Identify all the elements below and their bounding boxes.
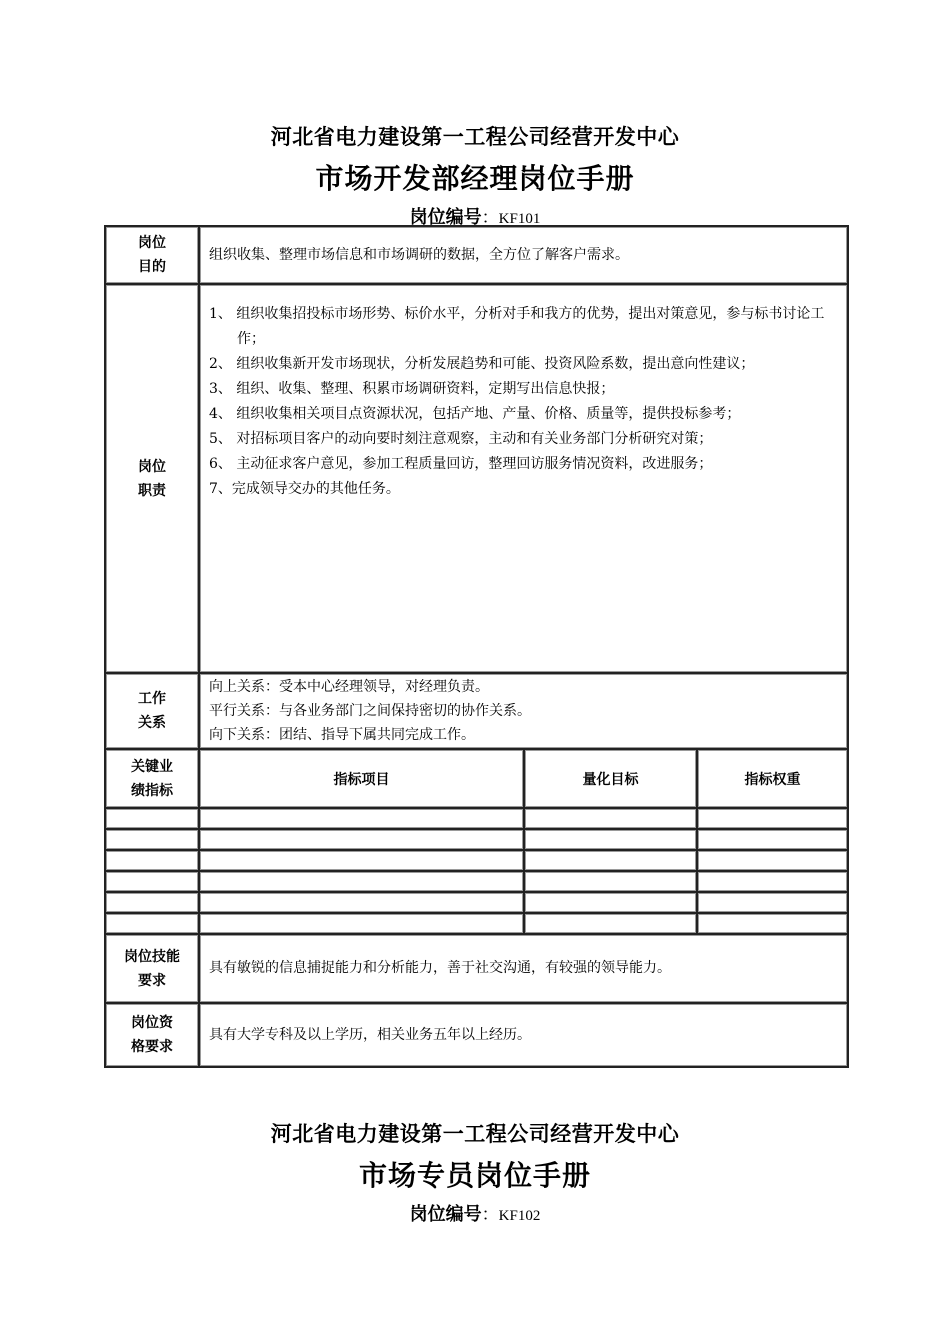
position-code: 岗位编号：KF102 — [0, 1200, 950, 1226]
kpi-row — [105, 850, 848, 871]
kpi-col-target: 量化目标 — [524, 749, 697, 808]
duty-item: 5、 对招标项目客户的动向要时刻注意观察，主动和有关业务部门分析研究对策； — [209, 427, 841, 452]
kpi-cell[interactable] — [697, 829, 848, 850]
label-line: 关系 — [106, 711, 198, 735]
duty-item: 4、 组织收集相关项目点资源状况，包括产地、产量、价格、质量等，提供投标参考； — [209, 402, 841, 427]
duties-list: 1、 组织收集招投标市场形势、标价水平，分析对手和我方的优势，提出对策意见，参与… — [209, 302, 847, 502]
position-code-value: KF102 — [499, 1208, 541, 1224]
kpi-header-row: 关键业 绩指标 指标项目 量化目标 指标权重 — [105, 749, 848, 808]
purpose-text: 组织收集、整理市场信息和市场调研的数据，全方位了解客户需求。 — [199, 226, 848, 284]
skills-label: 岗位技能 要求 — [105, 934, 199, 1003]
duties-label: 岗位 职责 — [105, 284, 199, 673]
kpi-cell[interactable] — [105, 913, 199, 934]
manual-title: 市场开发部经理岗位手册 — [0, 157, 950, 197]
kpi-row — [105, 829, 848, 850]
label-line: 绩指标 — [106, 779, 198, 803]
label-line: 岗位 — [106, 231, 198, 255]
kpi-cell[interactable] — [524, 913, 697, 934]
org-title: 河北省电力建设第一工程公司经营开发中心 — [0, 121, 950, 151]
label-line: 关键业 — [106, 755, 198, 779]
relations-row: 工作 关系 向上关系：受本中心经理领导，对经理负责。 平行关系：与各业务部门之间… — [105, 673, 848, 749]
label-line: 目的 — [106, 255, 198, 279]
section1-heading: 河北省电力建设第一工程公司经营开发中心 市场开发部经理岗位手册 岗位编号：KF1… — [0, 121, 950, 229]
purpose-row: 岗位 目的 组织收集、整理市场信息和市场调研的数据，全方位了解客户需求。 — [105, 226, 848, 284]
label-line: 岗位 — [106, 455, 198, 479]
kpi-cell[interactable] — [199, 871, 524, 892]
kpi-cell[interactable] — [199, 850, 524, 871]
kpi-cell[interactable] — [105, 829, 199, 850]
relation-upward: 向上关系：受本中心经理领导，对经理负责。 — [209, 675, 847, 699]
kpi-row — [105, 808, 848, 829]
kpi-cell[interactable] — [524, 871, 697, 892]
org-title: 河北省电力建设第一工程公司经营开发中心 — [0, 1118, 950, 1148]
label-line: 工作 — [106, 687, 198, 711]
kpi-row — [105, 913, 848, 934]
kpi-cell[interactable] — [105, 871, 199, 892]
kpi-col-indicator: 指标项目 — [199, 749, 524, 808]
kpi-cell[interactable] — [105, 850, 199, 871]
qualifications-row: 岗位资 格要求 具有大学专科及以上学历，相关业务五年以上经历。 — [105, 1003, 848, 1067]
position-code-separator: ： — [482, 1205, 499, 1225]
kpi-cell[interactable] — [105, 808, 199, 829]
kpi-cell[interactable] — [697, 871, 848, 892]
qualifications-text: 具有大学专科及以上学历，相关业务五年以上经历。 — [199, 1003, 848, 1067]
kpi-cell[interactable] — [105, 892, 199, 913]
relation-downward: 向下关系：团结、指导下属共同完成工作。 — [209, 723, 847, 747]
kpi-col-weight: 指标权重 — [697, 749, 848, 808]
skills-row: 岗位技能 要求 具有敏锐的信息捕捉能力和分析能力，善于社交沟通，有较强的领导能力… — [105, 934, 848, 1003]
kpi-cell[interactable] — [524, 808, 697, 829]
manual-title: 市场专员岗位手册 — [0, 1154, 950, 1194]
kpi-cell[interactable] — [697, 808, 848, 829]
label-line: 岗位资 — [106, 1011, 198, 1035]
label-line: 格要求 — [106, 1035, 198, 1059]
label-line: 职责 — [106, 479, 198, 503]
kpi-cell[interactable] — [199, 892, 524, 913]
kpi-cell[interactable] — [199, 829, 524, 850]
duty-item: 1、 组织收集招投标市场形势、标价水平，分析对手和我方的优势，提出对策意见，参与… — [209, 302, 841, 352]
duty-item: 2、 组织收集新开发市场现状，分析发展趋势和可能、投资风险系数，提出意向性建议； — [209, 352, 841, 377]
duties-row: 岗位 职责 1、 组织收集招投标市场形势、标价水平，分析对手和我方的优势，提出对… — [105, 284, 848, 673]
kpi-cell[interactable] — [697, 892, 848, 913]
relations-label: 工作 关系 — [105, 673, 199, 749]
relations-cell: 向上关系：受本中心经理领导，对经理负责。 平行关系：与各业务部门之间保持密切的协… — [199, 673, 848, 749]
kpi-label: 关键业 绩指标 — [105, 749, 199, 808]
relation-parallel: 平行关系：与各业务部门之间保持密切的协作关系。 — [209, 699, 847, 723]
job-description-table: 岗位 目的 组织收集、整理市场信息和市场调研的数据，全方位了解客户需求。 岗位 … — [104, 225, 849, 1068]
purpose-label: 岗位 目的 — [105, 226, 199, 284]
duty-item: 6、 主动征求客户意见，参加工程质量回访，整理回访服务情况资料，改进服务； — [209, 452, 841, 477]
kpi-cell[interactable] — [524, 829, 697, 850]
kpi-cell[interactable] — [524, 850, 697, 871]
kpi-cell[interactable] — [697, 850, 848, 871]
duty-item: 3、 组织、收集、整理、积累市场调研资料，定期写出信息快报； — [209, 377, 841, 402]
qualifications-label: 岗位资 格要求 — [105, 1003, 199, 1067]
kpi-cell[interactable] — [199, 808, 524, 829]
duty-item: 7、完成领导交办的其他任务。 — [209, 477, 841, 502]
kpi-cell[interactable] — [524, 892, 697, 913]
kpi-row — [105, 892, 848, 913]
kpi-row — [105, 871, 848, 892]
duties-cell: 1、 组织收集招投标市场形势、标价水平，分析对手和我方的优势，提出对策意见，参与… — [199, 284, 848, 673]
section2-heading: 河北省电力建设第一工程公司经营开发中心 市场专员岗位手册 岗位编号：KF102 — [0, 1118, 950, 1226]
label-line: 要求 — [106, 969, 198, 993]
position-code-label: 岗位编号 — [410, 1204, 482, 1225]
skills-text: 具有敏锐的信息捕捉能力和分析能力，善于社交沟通，有较强的领导能力。 — [199, 934, 848, 1003]
kpi-cell[interactable] — [697, 913, 848, 934]
kpi-cell[interactable] — [199, 913, 524, 934]
label-line: 岗位技能 — [106, 945, 198, 969]
